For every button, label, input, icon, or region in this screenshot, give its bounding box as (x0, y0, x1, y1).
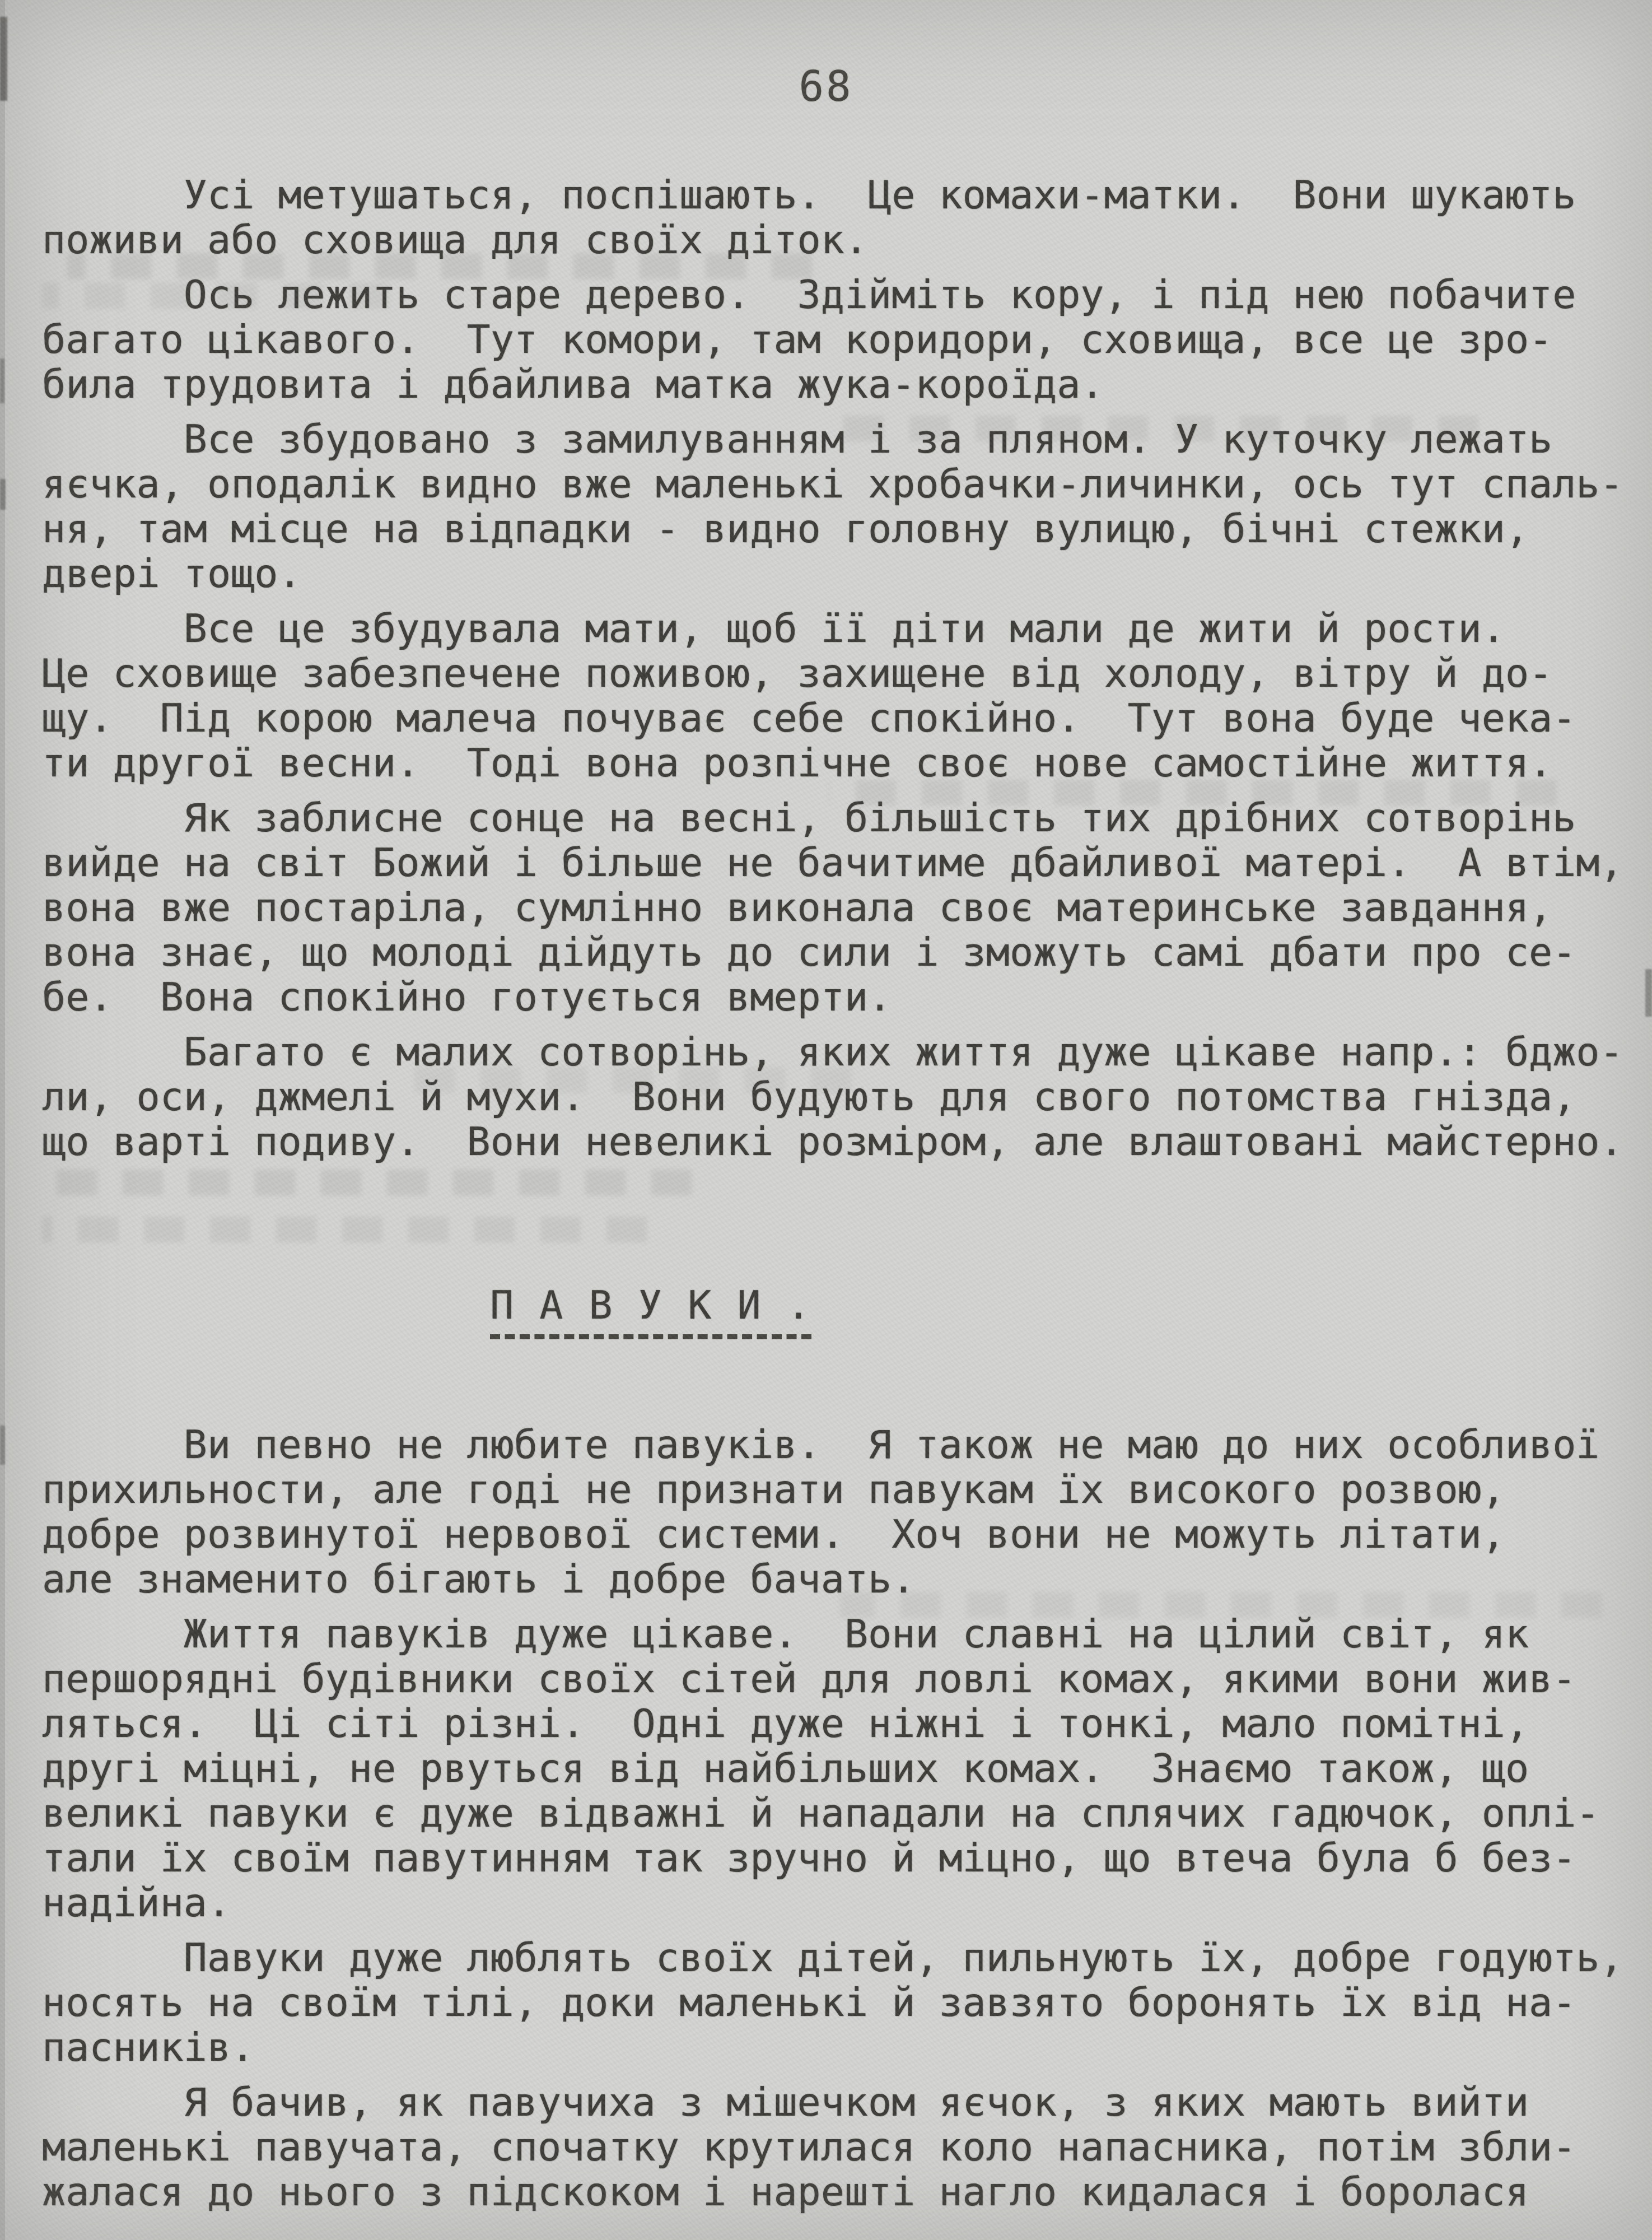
text-line: Життя павуків дуже цікаве. Вони славні н… (42, 1612, 1616, 1656)
text-line: що варті подиву. Вони невеликі розміром,… (42, 1119, 1616, 1164)
text-line: тали їх своїм павутинням так зручно й мі… (42, 1836, 1616, 1880)
paragraph: Багато є малих сотворінь, яких життя дуж… (42, 1030, 1616, 1164)
text-line: ня, там місце на відпадки - видно головн… (42, 506, 1616, 551)
scanned-typewritten-page: { "document": { "page_number": "68", "he… (0, 0, 1652, 2240)
text-line: великі павуки є дуже відважні й нападали… (42, 1791, 1616, 1836)
text-line: Все збудовано з замилуванням і за пляном… (42, 417, 1616, 462)
text-line: Павуки дуже люблять своїх дітей, пильную… (42, 1935, 1616, 1980)
scan-left-edge (0, 0, 5, 2240)
text-line: пасників. (42, 2025, 1616, 2070)
text-line: носять на своїм тілі, доки маленькі й за… (42, 1980, 1616, 2025)
text-line: другі міцні, не рвуться від найбільших к… (42, 1746, 1616, 1791)
text-line: вона знає, що молоді дійдуть до сили і з… (42, 930, 1616, 975)
paragraph: Все збудовано з замилуванням і за пляном… (42, 417, 1616, 596)
text-line: вийде на світ Божий і більше не бачитиме… (42, 840, 1616, 885)
text-line: Багато є малих сотворінь, яких життя дуж… (42, 1030, 1616, 1074)
text-line: Все це збудувала мати, щоб її діти мали … (42, 606, 1616, 651)
text-line: ляться. Ці сіті різні. Одні дуже ніжні і… (42, 1701, 1616, 1746)
paragraph: Усі метушаться, поспішають. Це комахи-ма… (42, 173, 1616, 262)
paragraph: Павуки дуже люблять своїх дітей, пильную… (42, 1935, 1616, 2070)
paragraph: Ви певно не любите павуків. Я також не м… (42, 1422, 1616, 1601)
text-line: надійна. (42, 1880, 1616, 1925)
text-line: вона вже постаріла, сумлінно виконала св… (42, 885, 1616, 930)
text-line: багато цікавого. Тут комори, там коридор… (42, 317, 1616, 362)
text-line: щу. Під корою малеча почуває себе спокій… (42, 696, 1616, 741)
edge-blotch (0, 479, 6, 510)
edge-blotch (0, 358, 4, 403)
page-number: 68 (0, 63, 1652, 111)
text-line: двері тощо. (42, 551, 1616, 596)
edge-blotch (0, 1426, 5, 1465)
document-body: Усі метушаться, поспішають. Це комахи-ма… (42, 173, 1616, 2224)
paragraph: Як заблисне сонце на весні, більшість ти… (42, 795, 1616, 1019)
section-heading: П А В У К И . (42, 1283, 1616, 1339)
edge-blotch (0, 17, 7, 101)
text-line: Ви певно не любите павуків. Я також не м… (42, 1422, 1616, 1467)
text-line: била трудовита і дбайлива матка жука-кор… (42, 362, 1616, 407)
text-line: але знаменито бігають і добре бачать. (42, 1557, 1616, 1601)
text-line: першорядні будівники своїх сітей для лов… (42, 1656, 1616, 1701)
paragraph: Ось лежить старе дерево. Здійміть кору, … (42, 272, 1616, 407)
text-line: поживи або сховища для своїх діток. (42, 217, 1616, 262)
text-line: Я бачив, як павучиха з мішечком яєчок, з… (42, 2080, 1616, 2125)
text-line: яєчка, оподалік видно вже маленькі хроба… (42, 462, 1616, 506)
text-line: маленькі павучата, спочатку крутилася ко… (42, 2125, 1616, 2169)
paragraph: Все це збудувала мати, щоб її діти мали … (42, 606, 1616, 785)
heading-text: П А В У К И . (490, 1283, 811, 1339)
text-line: Усі метушаться, поспішають. Це комахи-ма… (42, 173, 1616, 217)
text-line: прихильности, але годі не признати павук… (42, 1467, 1616, 1512)
text-line: Як заблисне сонце на весні, більшість ти… (42, 795, 1616, 840)
text-line: Це сховище забезпечене поживою, захищене… (42, 651, 1616, 696)
text-line: ли, оси, джмелі й мухи. Вони будують для… (42, 1074, 1616, 1119)
paragraph: Життя павуків дуже цікаве. Вони славні н… (42, 1612, 1616, 1925)
text-line: ти другої весни. Тоді вона розпічне своє… (42, 741, 1616, 785)
text-line: бе. Вона спокійно готується вмерти. (42, 975, 1616, 1019)
edge-blotch (1645, 969, 1652, 1017)
paragraph: Я бачив, як павучиха з мішечком яєчок, з… (42, 2080, 1616, 2214)
text-line: жалася до нього з підскоком і нарешті на… (42, 2169, 1616, 2214)
text-line: Ось лежить старе дерево. Здійміть кору, … (42, 272, 1616, 317)
text-line: добре розвинутої нервової системи. Хоч в… (42, 1512, 1616, 1557)
